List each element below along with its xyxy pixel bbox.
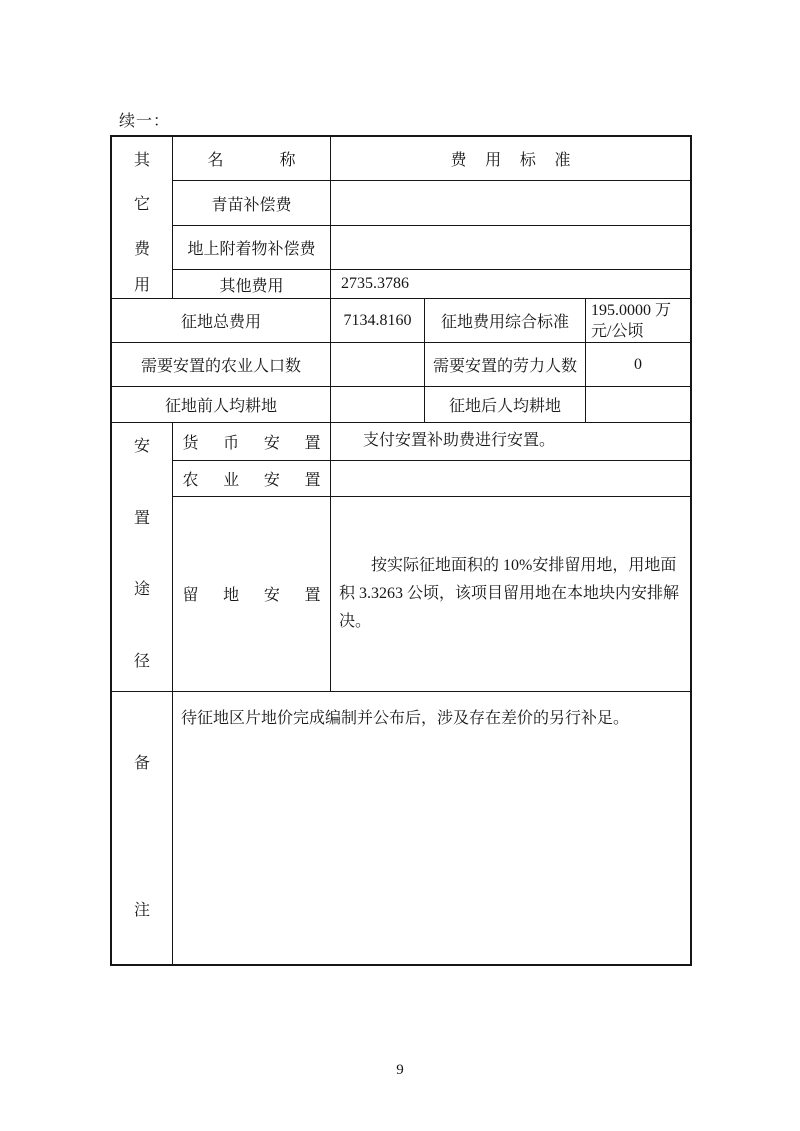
row-value xyxy=(331,226,690,269)
row-label: 征地总费用 xyxy=(112,299,331,342)
other-fees-group-label: 其 它 费 用 xyxy=(112,137,173,298)
row-value xyxy=(331,181,690,225)
remarks-content-cell: 待征地区片地价完成编制并公布后，涉及存在差价的另行补足。 xyxy=(173,692,690,964)
row-value xyxy=(586,387,690,422)
row-content xyxy=(331,461,690,496)
table-header-row: 名称 费用标准 xyxy=(173,137,690,180)
name-header-cell: 名称 xyxy=(173,137,331,180)
row-value: 7134.8160 xyxy=(331,299,425,342)
table-row-farmland: 征地前人均耕地 征地后人均耕地 xyxy=(112,386,690,422)
row-label: 征地后人均耕地 xyxy=(425,387,586,422)
table-row: 地上附着物补偿费 xyxy=(173,225,690,269)
row-label: 地上附着物补偿费 xyxy=(173,226,331,269)
group-label-char: 置 xyxy=(112,505,172,528)
group-label-char: 径 xyxy=(112,648,172,671)
table-row-population: 需要安置的农业人口数 需要安置的劳力人数 0 xyxy=(112,342,690,386)
group-label-char: 其 xyxy=(112,137,172,180)
table-row-agricultural: 农业安置 xyxy=(173,460,690,496)
row-value xyxy=(331,387,425,422)
row-value: 0 xyxy=(586,343,690,386)
row-content-text: 按实际征地面积的 10%安排留用地，用地面积 3.3263 公顷，该项目留用地在… xyxy=(339,552,680,636)
row-value xyxy=(331,343,425,386)
row-label: 青苗补偿费 xyxy=(173,181,331,225)
row-content-text: 支付安置补助费进行安置。 xyxy=(331,427,690,455)
table-row-reserved-land: 留地安置 按实际征地面积的 10%安排留用地，用地面积 3.3263 公顷，该项… xyxy=(173,496,690,691)
group-label-char: 用 xyxy=(112,269,172,298)
group-label-char: 它 xyxy=(112,180,172,225)
row-value: 2735.3786 xyxy=(331,270,690,298)
group-label-char: 注 xyxy=(112,897,172,920)
row-label: 货币安置 xyxy=(173,423,331,460)
row-label: 需要安置的劳力人数 xyxy=(425,343,586,386)
row-value: 195.0000 万元/公顷 xyxy=(586,299,690,342)
remarks-group-label: 备 注 xyxy=(112,692,173,964)
group-label-char: 备 xyxy=(112,750,172,773)
resettlement-group-label: 安 置 途 径 xyxy=(112,423,173,691)
row-label: 其他费用 xyxy=(173,270,331,298)
group-label-char: 费 xyxy=(112,225,172,269)
fee-standard-header-cell: 费用标准 xyxy=(331,137,690,180)
page-number: 9 xyxy=(0,1062,800,1079)
table-row-monetary: 货币安置 支付安置补助费进行安置。 xyxy=(173,423,690,460)
table-row-total-fee: 征地总费用 7134.8160 征地费用综合标准 195.0000 万元/公顷 xyxy=(112,298,690,342)
row-label: 征地费用综合标准 xyxy=(425,299,586,342)
resettlement-section: 安 置 途 径 货币安置 支付安置补助费进行安置。 农业安置 xyxy=(112,422,690,691)
group-label-char: 途 xyxy=(112,576,172,599)
row-label-text: 农业安置 xyxy=(183,467,321,490)
table-row: 青苗补偿费 xyxy=(173,180,690,225)
row-label: 留地安置 xyxy=(173,497,331,691)
table-row: 其他费用 2735.3786 xyxy=(173,269,690,298)
row-content: 按实际征地面积的 10%安排留用地，用地面积 3.3263 公顷，该项目留用地在… xyxy=(331,497,690,691)
fee-standard-header-label: 费用标准 xyxy=(451,147,571,170)
other-fees-section: 其 它 费 用 名称 费用标准 青苗补偿费 地上附着物补偿费 xyxy=(112,137,690,298)
row-content: 支付安置补助费进行安置。 xyxy=(331,423,690,460)
remarks-section: 备 注 待征地区片地价完成编制并公布后，涉及存在差价的另行补足。 xyxy=(112,691,690,964)
row-label: 需要安置的农业人口数 xyxy=(112,343,331,386)
continuation-label: 续一： xyxy=(119,108,170,131)
group-label-char: 安 xyxy=(112,433,172,456)
row-label-text: 货币安置 xyxy=(183,430,321,453)
row-label-text: 留地安置 xyxy=(183,582,321,605)
name-header-label: 名称 xyxy=(208,147,296,170)
row-label: 征地前人均耕地 xyxy=(112,387,331,422)
remarks-text: 待征地区片地价完成编制并公布后，涉及存在差价的另行补足。 xyxy=(173,692,690,733)
land-acquisition-table: 其 它 费 用 名称 费用标准 青苗补偿费 地上附着物补偿费 xyxy=(110,135,692,966)
row-label: 农业安置 xyxy=(173,461,331,496)
